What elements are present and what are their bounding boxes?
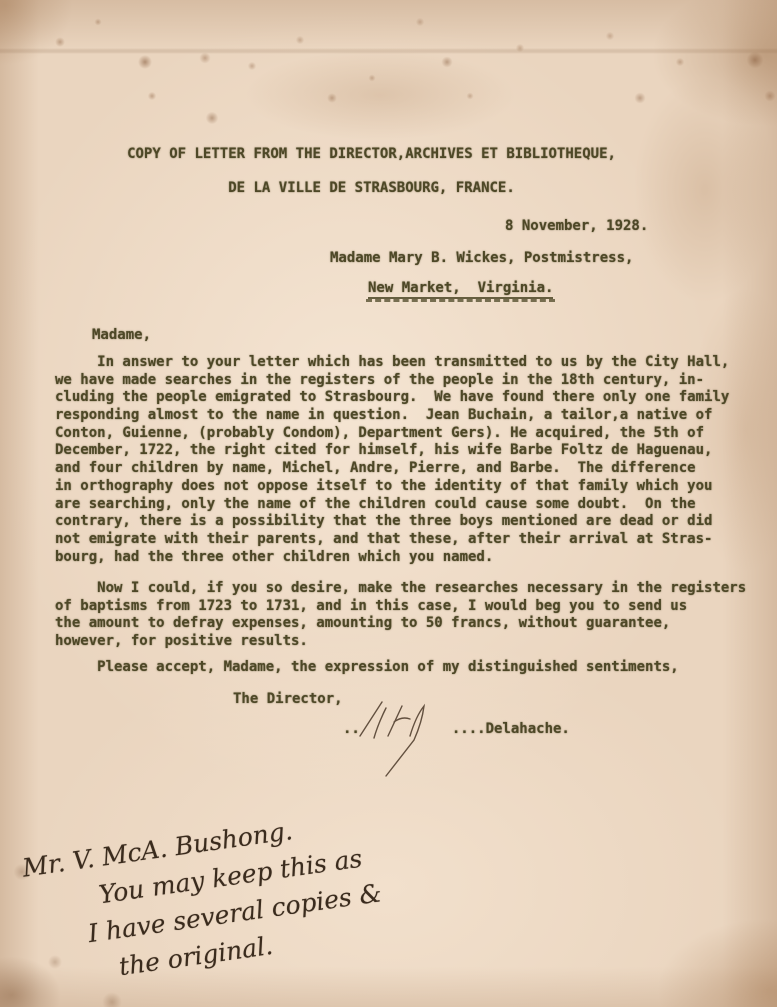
typed-line: In answer to your letter which has been … bbox=[55, 354, 729, 372]
typed-line: are searching, only the name of the chil… bbox=[55, 496, 729, 514]
typed-line: responding almost to the name in questio… bbox=[55, 407, 729, 425]
typed-line: bourg, had the three other children whic… bbox=[55, 549, 729, 567]
recipient-address-text: New Market, Virginia. bbox=[368, 280, 553, 299]
signature-name: Delahache. bbox=[486, 721, 570, 737]
typed-line: and four children by name, Michel, Andre… bbox=[55, 460, 729, 478]
typed-line: we have made searches in the registers o… bbox=[55, 372, 729, 390]
typed-line: cluding the people emigrated to Strasbou… bbox=[55, 389, 729, 407]
signature-dots-right: .... bbox=[452, 721, 486, 737]
recipient-address: New Market, Virginia. bbox=[368, 280, 553, 299]
typed-line: Conton, Guienne, (probably Condom), Depa… bbox=[55, 425, 729, 443]
typed-line: Now I could, if you so desire, make the … bbox=[55, 580, 746, 598]
typed-line: the amount to defray expenses, amounting… bbox=[55, 615, 746, 633]
scanned-letter-page: COPY OF LETTER FROM THE DIRECTOR,ARCHIVE… bbox=[0, 0, 777, 1007]
typed-line: December, 1722, the right cited for hims… bbox=[55, 442, 729, 460]
typed-line: in orthography does not oppose itself to… bbox=[55, 478, 729, 496]
salutation: Madame, bbox=[92, 327, 151, 343]
letter-heading-line1: COPY OF LETTER FROM THE DIRECTOR,ARCHIVE… bbox=[0, 146, 743, 162]
typed-line: of baptisms from 1723 to 1731, and in th… bbox=[55, 598, 746, 616]
typed-line: contrary, there is a possibility that th… bbox=[55, 513, 729, 531]
typed-line: not emigrate with their parents, and tha… bbox=[55, 531, 729, 549]
recipient-name: Madame Mary B. Wickes, Postmistress, bbox=[330, 250, 633, 266]
body-paragraph-1: In answer to your letter which has been … bbox=[55, 354, 729, 566]
letter-heading-line2: DE LA VILLE DE STRASBOURG, FRANCE. bbox=[0, 180, 743, 196]
typed-line: however, for positive results. bbox=[55, 633, 746, 651]
handwritten-signature-paraph-icon bbox=[352, 698, 444, 778]
closing-line: Please accept, Madame, the expression of… bbox=[55, 659, 679, 675]
signoff-title: The Director, bbox=[233, 691, 343, 707]
body-paragraph-2: Now I could, if you so desire, make the … bbox=[55, 580, 746, 651]
letter-date: 8 November, 1928. bbox=[505, 218, 648, 234]
